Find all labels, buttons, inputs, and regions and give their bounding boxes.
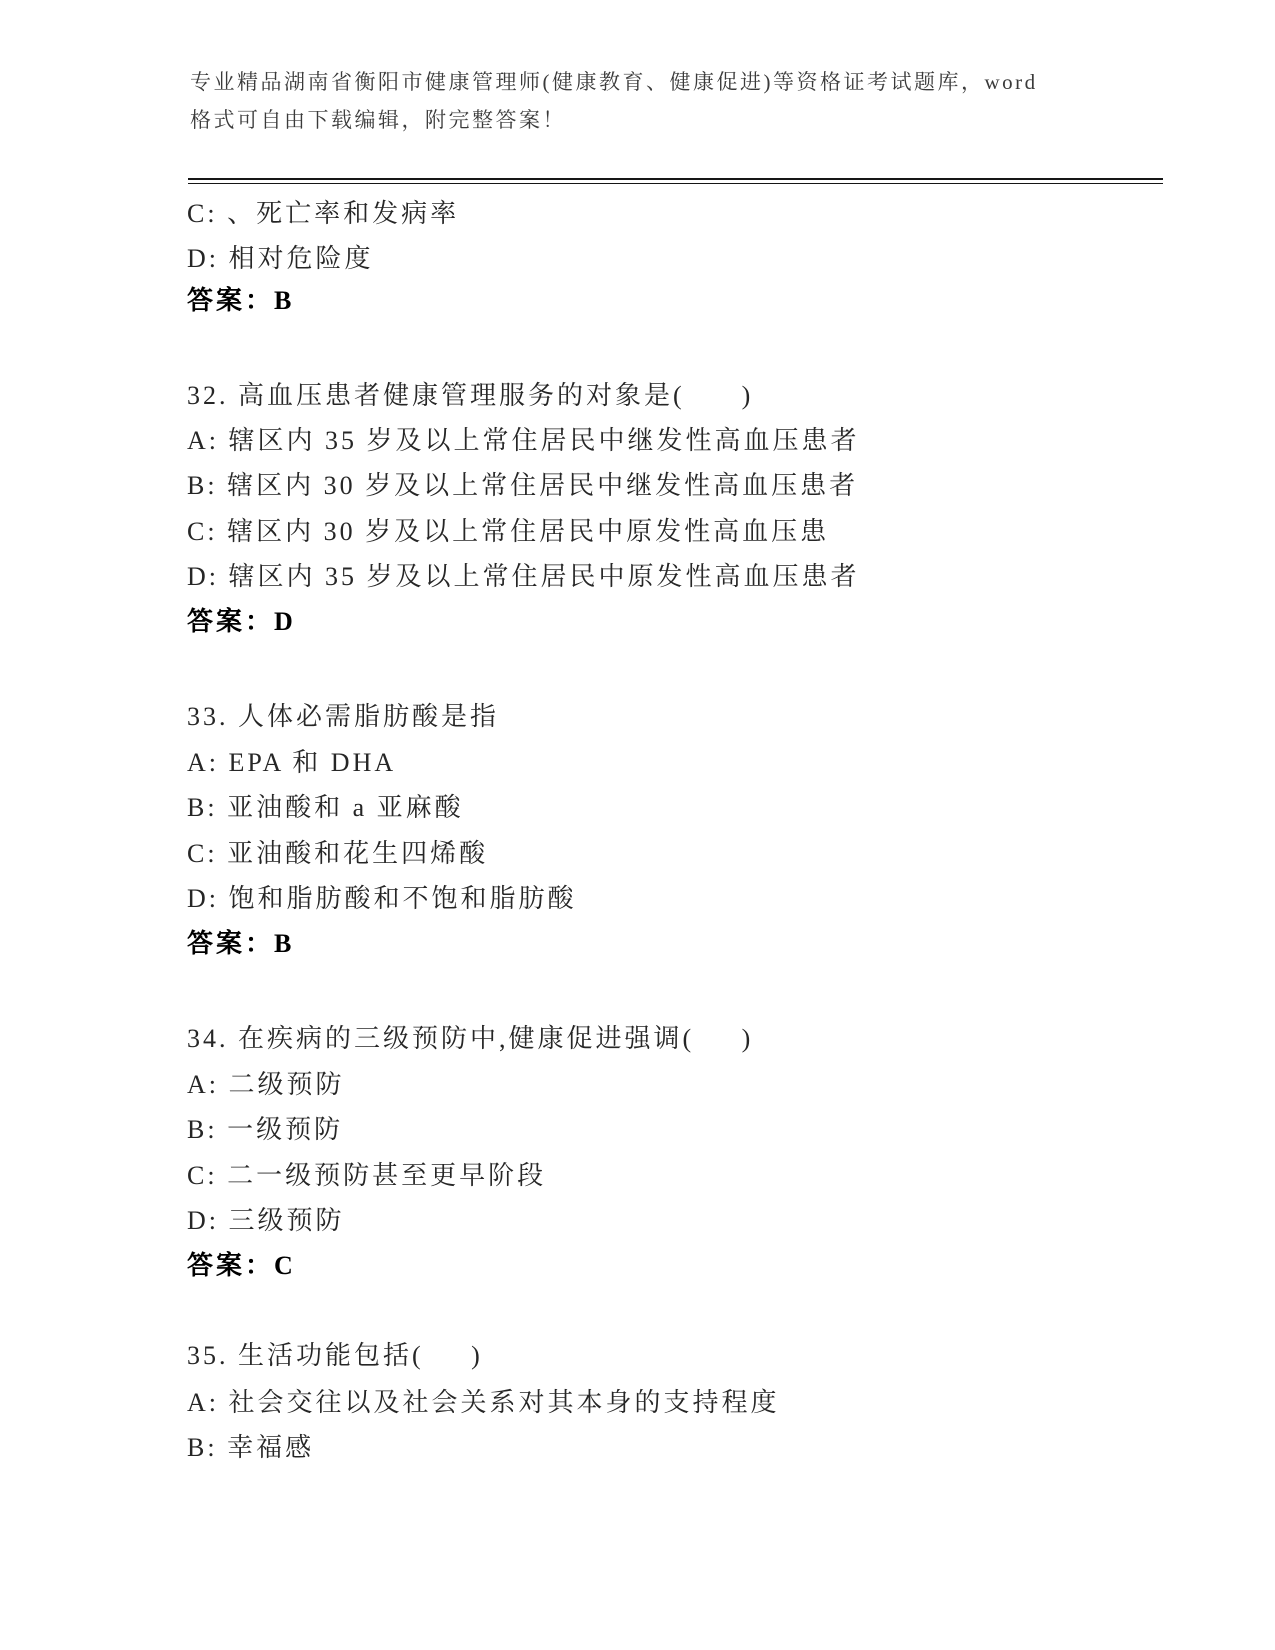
question-31-option-c: C: 、死亡率和发病率 [187, 200, 459, 229]
question-33-title: 33. 人体必需脂肪酸是指 [187, 703, 499, 732]
question-31-option-d: D: 相对危险度 [187, 245, 374, 274]
question-34-option-c: C: 二一级预防甚至更早阶段 [187, 1162, 546, 1191]
question-35-option-a: A: 社会交往以及社会关系对其本身的支持程度 [187, 1389, 780, 1418]
question-35-title: 35. 生活功能包括( ) [187, 1342, 483, 1371]
question-34-option-a: A: 二级预防 [187, 1071, 345, 1100]
question-33-option-d: D: 饱和脂肪酸和不饱和脂肪酸 [187, 885, 577, 914]
question-34-title: 34. 在疾病的三级预防中,健康促进强调( ) [187, 1025, 753, 1054]
question-32-option-c: C: 辖区内 30 岁及以上常住居民中原发性高血压患 [187, 518, 829, 547]
question-32-answer: 答案：D [187, 608, 296, 637]
question-34-option-d: D: 三级预防 [187, 1207, 345, 1236]
question-33-option-b: B: 亚油酸和 a 亚麻酸 [187, 794, 464, 823]
question-32-title: 32. 高血压患者健康管理服务的对象是( ) [187, 382, 753, 411]
question-34-option-b: B: 一级预防 [187, 1116, 343, 1145]
question-32-option-d: D: 辖区内 35 岁及以上常住居民中原发性高血压患者 [187, 563, 860, 592]
question-34-answer: 答案：C [187, 1252, 296, 1281]
question-33-option-a: A: EPA 和 DHA [187, 749, 396, 778]
header-divider [188, 178, 1163, 184]
header-line-1: 专业精品湖南省衡阳市健康管理师(健康教育、健康促进)等资格证考试题库，word [190, 70, 1170, 94]
question-35-option-b: B: 幸福感 [187, 1434, 314, 1463]
question-32-option-a: A: 辖区内 35 岁及以上常住居民中继发性高血压患者 [187, 427, 860, 456]
question-33-option-c: C: 亚油酸和花生四烯酸 [187, 840, 488, 869]
document-page: 专业精品湖南省衡阳市健康管理师(健康教育、健康促进)等资格证考试题库，word … [0, 0, 1275, 1650]
question-32-option-b: B: 辖区内 30 岁及以上常住居民中继发性高血压患者 [187, 472, 858, 501]
header-line-2: 格式可自由下载编辑，附完整答案！ [190, 108, 1170, 132]
question-31-answer: 答案：B [187, 287, 294, 316]
question-33-answer: 答案：B [187, 930, 294, 959]
